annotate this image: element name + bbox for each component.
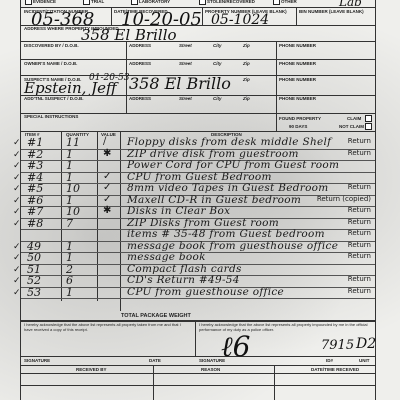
received-by-header: RECEIVED BY bbox=[76, 367, 107, 372]
evidence-checkbox[interactable] bbox=[25, 0, 32, 5]
not-claim-label: NOT CLAIM bbox=[339, 124, 364, 129]
other-label: OTHER bbox=[281, 0, 297, 4]
table-row[interactable]: ✓531CPU from guesthouse officeReturn bbox=[21, 287, 375, 300]
addl-zip-label: Zip bbox=[243, 96, 250, 101]
found-property-label: FOUND PROPERTY bbox=[279, 116, 321, 121]
officer-signature[interactable]: ℓ6 bbox=[221, 330, 250, 364]
suspect-phone-label: PHONE NUMBER bbox=[279, 77, 316, 82]
ninety-days-label: 90 DAYS bbox=[289, 124, 307, 129]
owner-name-label: OWNER'S NAME / D.O.B. bbox=[24, 61, 77, 66]
owner-street-label: Street bbox=[179, 61, 192, 66]
additional-suspect-label: ADD'TNL SUSPECT / D.O.B. bbox=[24, 96, 84, 101]
property-receipt-form: EVIDENCE TRIAL LABORATORY STOLEN/RECOVER… bbox=[20, 0, 376, 400]
signature-label: SIGNATURE bbox=[24, 358, 50, 363]
claim-label: CLAIM bbox=[347, 116, 361, 121]
stolen-recovered-checkbox[interactable] bbox=[199, 0, 206, 5]
not-claim-checkbox[interactable] bbox=[365, 123, 372, 130]
id-label: ID# bbox=[326, 358, 333, 363]
discovered-by-label: DISCOVERED BY / D.O.B. bbox=[24, 43, 79, 48]
discovered-address-label: ADDRESS bbox=[129, 43, 151, 48]
owner-city-label: City bbox=[213, 61, 222, 66]
suspect-zip-label: Zip bbox=[243, 77, 250, 82]
suspect-address[interactable]: 358 El Brillo bbox=[129, 74, 231, 93]
trial-label: TRIAL bbox=[91, 0, 104, 4]
zip-label: Zip bbox=[243, 43, 250, 48]
city-label: City bbox=[213, 43, 222, 48]
claim-checkbox[interactable] bbox=[365, 115, 372, 122]
officer-id[interactable]: 7915 bbox=[321, 338, 354, 353]
stolen-recovered-label: STOLEN/RECOVERED bbox=[207, 0, 255, 4]
special-instructions-label: SPECIAL INSTRUCTIONS bbox=[24, 114, 78, 119]
addl-city-label: City bbox=[213, 96, 222, 101]
owner-zip-label: Zip bbox=[243, 61, 250, 66]
acknowledgement-left: I hereby acknowledge that the above list… bbox=[24, 322, 189, 332]
owner-phone-label: PHONE NUMBER bbox=[279, 61, 316, 66]
addl-address-label: ADDRESS bbox=[129, 96, 151, 101]
officer-unit[interactable]: D2 bbox=[356, 336, 376, 352]
discovered-phone-label: PHONE NUMBER bbox=[279, 43, 316, 48]
addl-street-label: Street bbox=[179, 96, 192, 101]
laboratory-label: LABORATORY bbox=[139, 0, 170, 4]
scanned-page: EVIDENCE TRIAL LABORATORY STOLEN/RECOVER… bbox=[0, 0, 400, 400]
evidence-label: EVIDENCE bbox=[33, 0, 56, 4]
reason-header: REASON bbox=[201, 367, 220, 372]
unit-label: UNIT bbox=[359, 358, 370, 363]
laboratory-checkbox[interactable] bbox=[131, 0, 138, 5]
other-checkbox[interactable] bbox=[273, 0, 280, 5]
owner-address-label: ADDRESS bbox=[129, 61, 151, 66]
date-label: DATE bbox=[149, 358, 161, 363]
date-time-received-header: DATE/TIME RECEIVED bbox=[311, 367, 359, 372]
trial-checkbox[interactable] bbox=[83, 0, 90, 5]
total-package-weight-label: TOTAL PACKAGE WEIGHT bbox=[121, 313, 191, 319]
bin-number-label: BIN NUMBER (Leave Blank) bbox=[299, 9, 364, 14]
addl-phone-label: PHONE NUMBER bbox=[279, 96, 316, 101]
street-label: Street bbox=[179, 43, 192, 48]
